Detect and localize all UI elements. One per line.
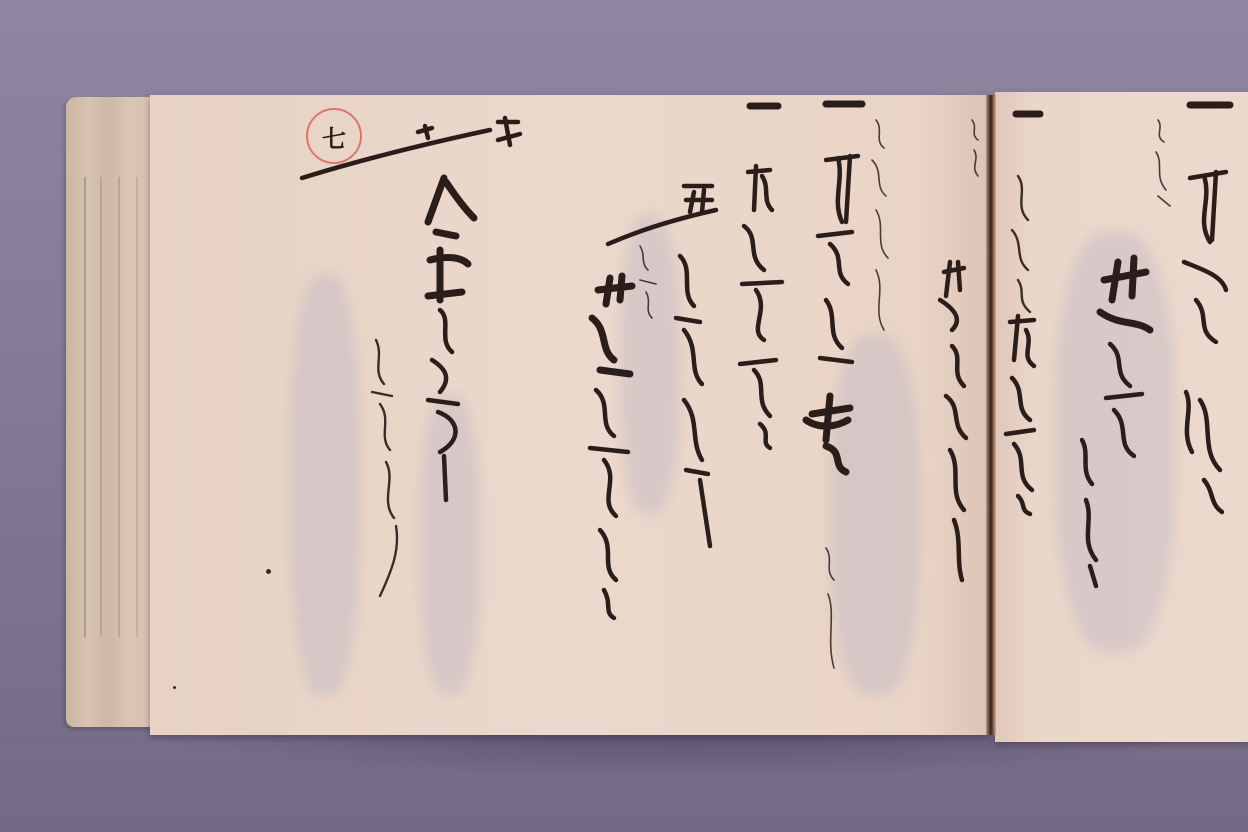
ink-bleed [1055, 232, 1175, 652]
folio-number-seal: 七 [306, 108, 362, 164]
ledger-column: ○ 茶六○○○○○ [605, 270, 606, 278]
ledger-column: 茶○○○○ ○○○ [1120, 260, 1121, 268]
ledger-column: 茶○○○○○ [955, 260, 956, 266]
wormhole [173, 686, 176, 689]
page-stack-edge [66, 97, 158, 727]
right-page [995, 92, 1248, 742]
wormhole [266, 569, 271, 574]
ink-bleed [290, 275, 360, 695]
column-annotation: ホのく [1160, 120, 1161, 123]
column-annotation: 八文○く [640, 240, 641, 244]
page-edge-line [84, 177, 86, 637]
book-gutter [986, 95, 996, 735]
page-edge-line [100, 177, 102, 637]
column-annotation: すいく [975, 120, 976, 123]
ledger-column: 一 ○○○嵯峨 ○○ [760, 120, 761, 129]
ledger-column: 一 万卯上京嵯峨 丑年 [840, 120, 841, 130]
ledger-column: 一 ○○○○ ○○○○ [1020, 120, 1021, 130]
ledger-column: ○○○○○○ [390, 340, 391, 346]
ink-bleed [830, 335, 920, 695]
column-annotation: ○○○○ [830, 550, 831, 554]
ink-bleed [420, 395, 480, 695]
page-edge-line [136, 177, 138, 637]
ledger-column: 一 万両○○ ○○ [1200, 120, 1201, 128]
ledger-column: 一 ○○○○○○○ [880, 120, 881, 128]
page-edge-line [118, 177, 120, 637]
ledger-column: 立 嵯峨○○○○ [690, 180, 691, 187]
folio-number: 七 [322, 119, 346, 154]
ledger-column: 全○○○○○○ [440, 170, 441, 177]
ink-bleed [620, 215, 680, 515]
header-mark: 一去 [490, 130, 491, 132]
left-page [150, 95, 990, 735]
